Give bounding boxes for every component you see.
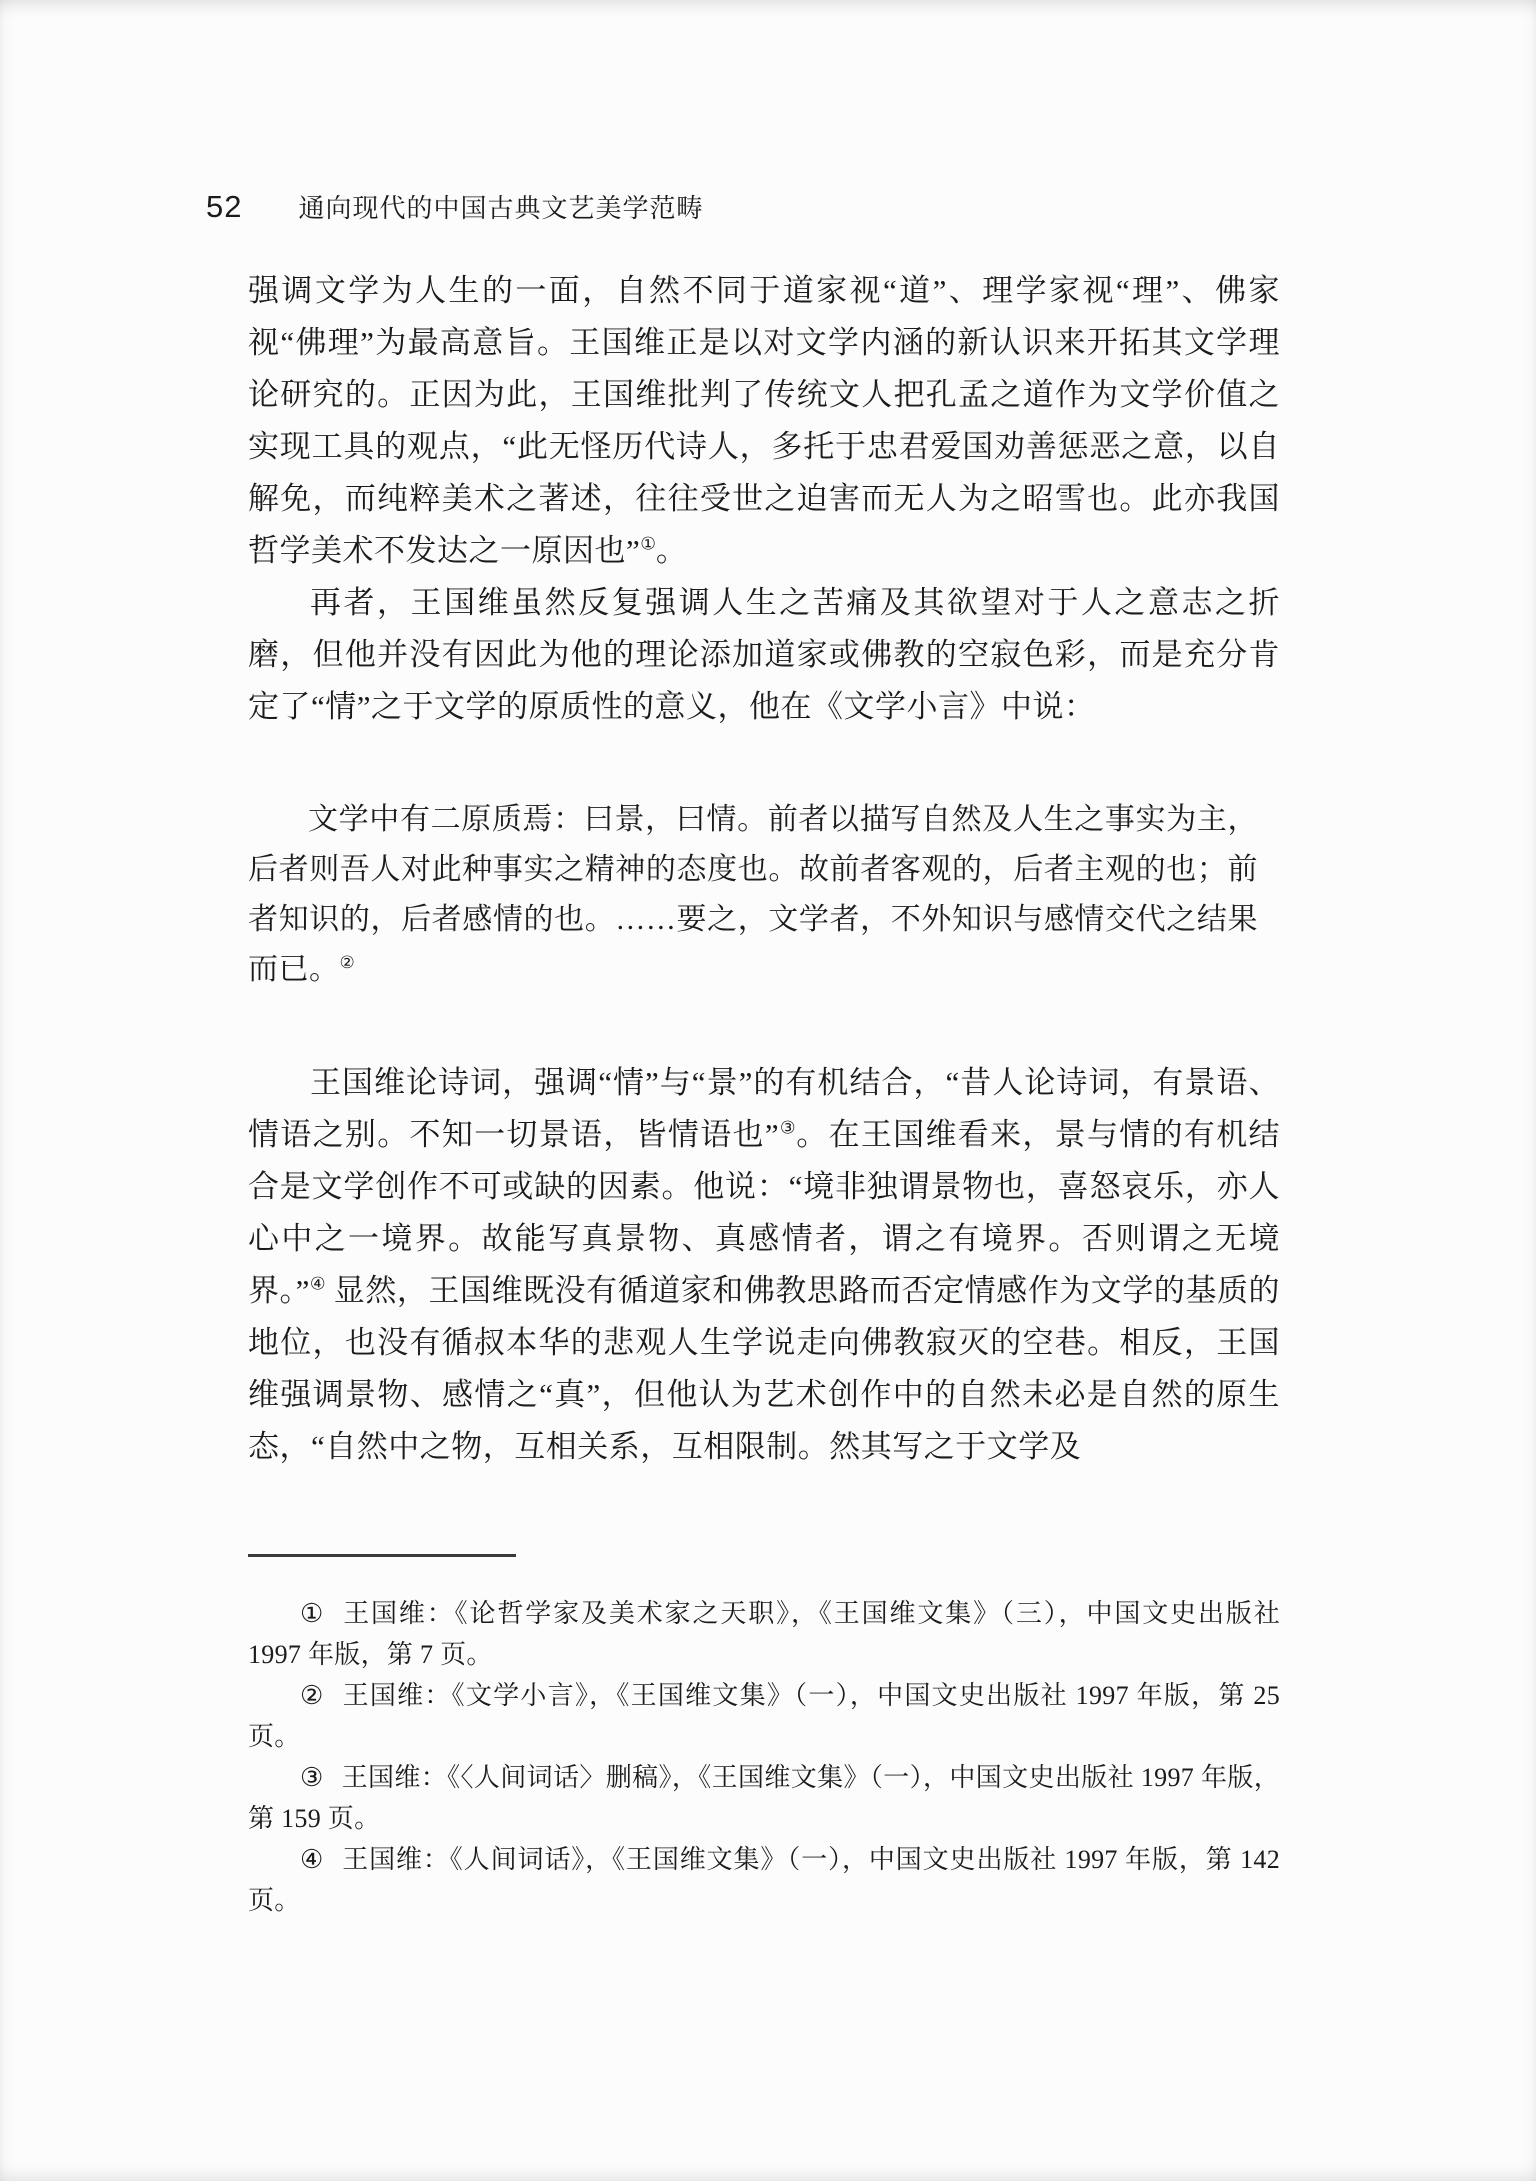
- paragraph-text: 显然，王国维既没有循道家和佛教思路而否定情感作为文学的基质的地位，也没有循叔本华…: [248, 1273, 1280, 1464]
- footnote-text: 王国维：《〈人间词话〉删稿》，《王国维文集》（一），中国文史出版社 1997 年…: [248, 1763, 1280, 1833]
- footnote-item: ②王国维：《文学小言》，《王国维文集》（一），中国文史出版社 1997 年版，第…: [248, 1675, 1280, 1757]
- book-page: 52 通向现代的中国古典文艺美学范畴 强调文学为人生的一面，自然不同于道家视“道…: [0, 0, 1536, 2181]
- footnote-text: 王国维：《人间词话》，《王国维文集》（一），中国文史出版社 1997 年版，第 …: [248, 1845, 1280, 1915]
- block-quote: 文学中有二原质焉：曰景，曰情。前者以描写自然及人生之事实为主，后者则吾人对此种事…: [248, 795, 1258, 995]
- paragraph-text: 强调文学为人生的一面，自然不同于道家视“道”、理学家视“理”、佛家视“佛理”为最…: [248, 273, 1280, 568]
- footnotes-section: ①王国维：《论哲学家及美术家之天职》，《王国维文集》（三），中国文史出版社 19…: [248, 1554, 1280, 1921]
- paragraph: 再者，王国维虽然反复强调人生之苦痛及其欲望对于人之意志之折磨，但他并没有因此为他…: [248, 577, 1280, 733]
- footnote-item: ①王国维：《论哲学家及美术家之天职》，《王国维文集》（三），中国文史出版社 19…: [248, 1593, 1280, 1675]
- footnote-item: ③王国维：《〈人间词话〉删稿》，《王国维文集》（一），中国文史出版社 1997 …: [248, 1757, 1280, 1839]
- footnote-ref-4: ④: [310, 1275, 326, 1294]
- footnote-ref-2: ②: [340, 953, 355, 972]
- running-title: 通向现代的中国古典文艺美学范畴: [298, 188, 703, 225]
- paragraph-text: 。: [656, 533, 688, 568]
- footnote-marker: ③: [300, 1763, 324, 1792]
- footnote-item: ④王国维：《人间词话》，《王国维文集》（一），中国文史出版社 1997 年版，第…: [248, 1839, 1280, 1921]
- footnote-marker: ④: [300, 1845, 324, 1874]
- footnote-marker: ②: [300, 1681, 325, 1710]
- running-head: 52 通向现代的中国古典文艺美学范畴: [206, 188, 704, 225]
- paragraph-continuation: 强调文学为人生的一面，自然不同于道家视“道”、理学家视“理”、佛家视“佛理”为最…: [248, 265, 1280, 577]
- footnote-separator: [248, 1554, 516, 1557]
- footnote-ref-1: ①: [640, 535, 656, 554]
- main-text-column: 强调文学为人生的一面，自然不同于道家视“道”、理学家视“理”、佛家视“佛理”为最…: [248, 265, 1280, 1473]
- footnote-text: 王国维：《文学小言》，《王国维文集》（一），中国文史出版社 1997 年版，第 …: [248, 1681, 1280, 1751]
- paragraph: 王国维论诗词，强调“情”与“景”的有机结合，“昔人论诗词，有景语、情语之别。不知…: [248, 1057, 1280, 1473]
- page-number: 52: [206, 189, 242, 225]
- quote-text: 文学中有二原质焉：曰景，曰情。前者以描写自然及人生之事实为主，后者则吾人对此种事…: [248, 803, 1258, 986]
- footnote-ref-3: ③: [779, 1119, 796, 1138]
- footnote-marker: ①: [300, 1599, 325, 1628]
- footnote-text: 王国维：《论哲学家及美术家之天职》，《王国维文集》（三），中国文史出版社 199…: [248, 1599, 1280, 1669]
